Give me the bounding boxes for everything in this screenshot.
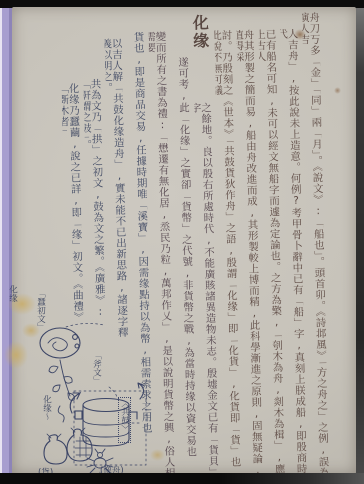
photo-border-bottom xyxy=(0,473,364,484)
silkworm-cocoon-sketch xyxy=(40,328,80,358)
sketch-label-huayuan-mid: 化缘〜 xyxy=(42,395,51,435)
manuscript-column-1: 舟刀丂多「金」「同」兩「月」。《說文》:「船也」。頭首卯。《詩邶風》「方之舟之」… xyxy=(302,12,329,480)
entry-heading: 化缘 xyxy=(188,14,212,66)
sketch-label-huayuan-top: 化缘 xyxy=(8,285,17,319)
manuscript-column-7: 遂可考,此「化缘」之實卻「貨幣」之代號,非貨幣之戰,為當時持缘以資交易也 xyxy=(171,57,197,481)
manuscript-page: 化缘 舟刀丂多「金」「同」兩「月」。《說文》:「船也」。頭首卯。《詩邶風》「方之… xyxy=(12,7,356,474)
sketch-label-cocoon-note: 「蠶初文」 xyxy=(36,289,45,333)
sketch-label-axe-note: 「斧文」 xyxy=(92,351,101,393)
sketch-label-gonggu: 〈共鼓〉 xyxy=(118,397,131,443)
hollowed-drum-sketch xyxy=(70,383,146,465)
money-bags-sketch xyxy=(44,428,92,464)
manuscript-photo: 化缘 舟刀丂多「金」「同」兩「月」。《說文》:「船也」。頭首卯。《詩邶風》「方之… xyxy=(0,0,364,484)
mulberry-sprig-sketch xyxy=(49,360,74,400)
manuscript-column-6: 之餘地。良以殷右所處時代,不能廣賅諸異造物未志。殷墟金文已有「貨貝」字 xyxy=(194,102,219,480)
